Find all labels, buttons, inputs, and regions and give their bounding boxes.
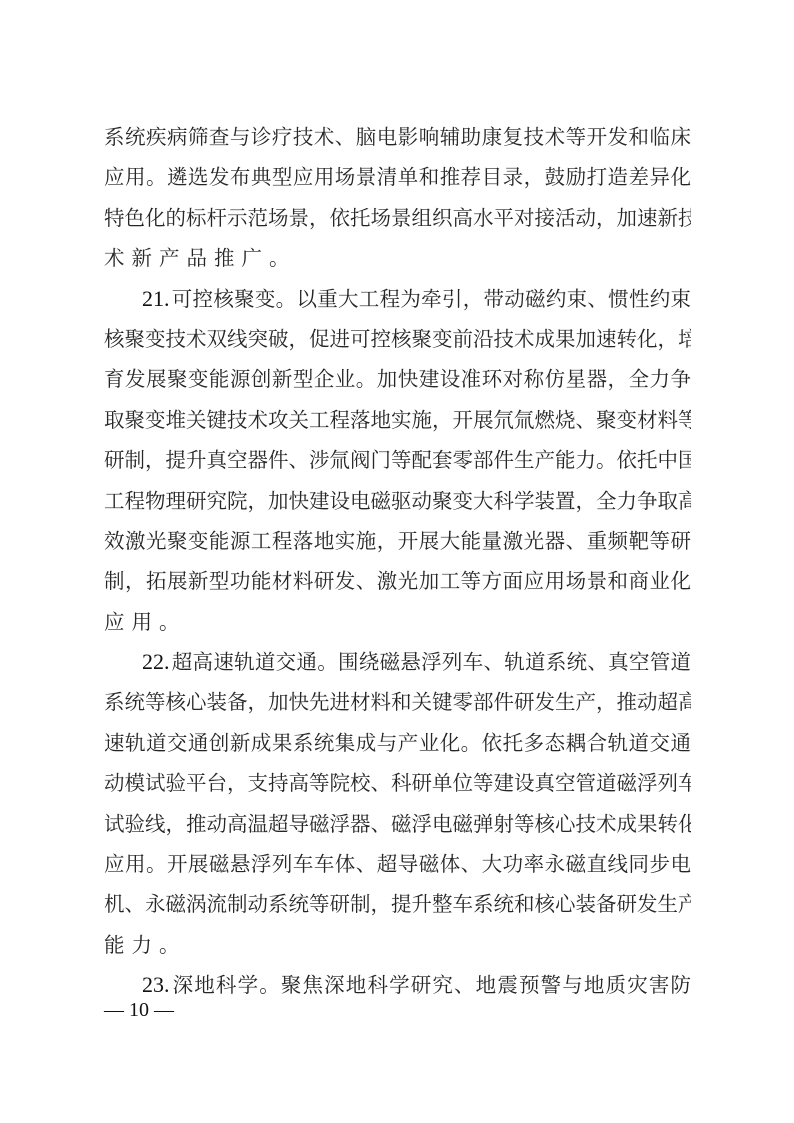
text-line: 动模试验平台，支持高等院校、科研单位等建设真空管道磁浮列车 bbox=[104, 763, 691, 803]
text-line: 能力。 bbox=[104, 925, 691, 965]
text-line: 系统疾病筛查与诊疗技术、脑电影响辅助康复技术等开发和临床 bbox=[104, 117, 691, 157]
text-line: 应用。开展磁悬浮列车车体、超导磁体、大功率永磁直线同步电 bbox=[104, 844, 691, 884]
text-line: 应用。遴选发布典型应用场景清单和推荐目录，鼓励打造差异化 bbox=[104, 157, 691, 197]
text-line: 试验线，推动高温超导磁浮器、磁浮电磁弹射等核心技术成果转化 bbox=[104, 804, 691, 844]
text-line: 核聚变技术双线突破，促进可控核聚变前沿技术成果加速转化，培 bbox=[104, 319, 691, 359]
text-line: 机、永磁涡流制动系统等研制，提升整车系统和核心装备研发生产 bbox=[104, 884, 691, 924]
paragraph-heading-21: 21.可控核聚变。以重大工程为牵引，带动磁约束、惯性约束 bbox=[104, 279, 691, 319]
text-line: 育发展聚变能源创新型企业。加快建设准环对称仿星器，全力争 bbox=[104, 359, 691, 399]
paragraph-heading-22: 22.超高速轨道交通。围绕磁悬浮列车、轨道系统、真空管道 bbox=[104, 642, 691, 682]
body-text: 系统疾病筛查与诊疗技术、脑电影响辅助康复技术等开发和临床 应用。遴选发布典型应用… bbox=[104, 117, 691, 1006]
text-line: 研制，提升真空器件、涉氚阀门等配套零部件生产能力。依托中国 bbox=[104, 440, 691, 480]
document-page: 系统疾病筛查与诊疗技术、脑电影响辅助康复技术等开发和临床 应用。遴选发布典型应用… bbox=[0, 0, 794, 1123]
text-line: 效激光聚变能源工程落地实施，开展大能量激光器、重频靶等研 bbox=[104, 521, 691, 561]
item-number: 23. bbox=[142, 972, 170, 997]
text-line: 工程物理研究院，加快建设电磁驱动聚变大科学装置，全力争取高 bbox=[104, 481, 691, 521]
text-line: 速轨道交通创新成果系统集成与产业化。依托多态耦合轨道交通 bbox=[104, 723, 691, 763]
text-line: 术新产品推广。 bbox=[104, 238, 691, 278]
text-line: 深地科学。聚焦深地科学研究、地震预警与地质灾害防 bbox=[172, 973, 692, 997]
page-number: — 10 — bbox=[104, 999, 174, 1022]
paragraph-heading-23: 23.深地科学。聚焦深地科学研究、地震预警与地质灾害防 bbox=[104, 965, 691, 1005]
text-line: 取聚变堆关键技术攻关工程落地实施，开展氘氚燃烧、聚变材料等 bbox=[104, 400, 691, 440]
text-line: 制，拓展新型功能材料研发、激光加工等方面应用场景和商业化 bbox=[104, 561, 691, 601]
text-line: 应用。 bbox=[104, 602, 691, 642]
text-line: 系统等核心装备，加快先进材料和关键零部件研发生产，推动超高 bbox=[104, 682, 691, 722]
text-line: 特色化的标杆示范场景，依托场景组织高水平对接活动，加速新技 bbox=[104, 198, 691, 238]
item-number: 21. bbox=[142, 286, 170, 311]
item-number: 22. bbox=[142, 649, 170, 674]
text-line: 超高速轨道交通。围绕磁悬浮列车、轨道系统、真空管道 bbox=[172, 650, 692, 674]
text-line: 可控核聚变。以重大工程为牵引，带动磁约束、惯性约束 bbox=[172, 287, 692, 311]
